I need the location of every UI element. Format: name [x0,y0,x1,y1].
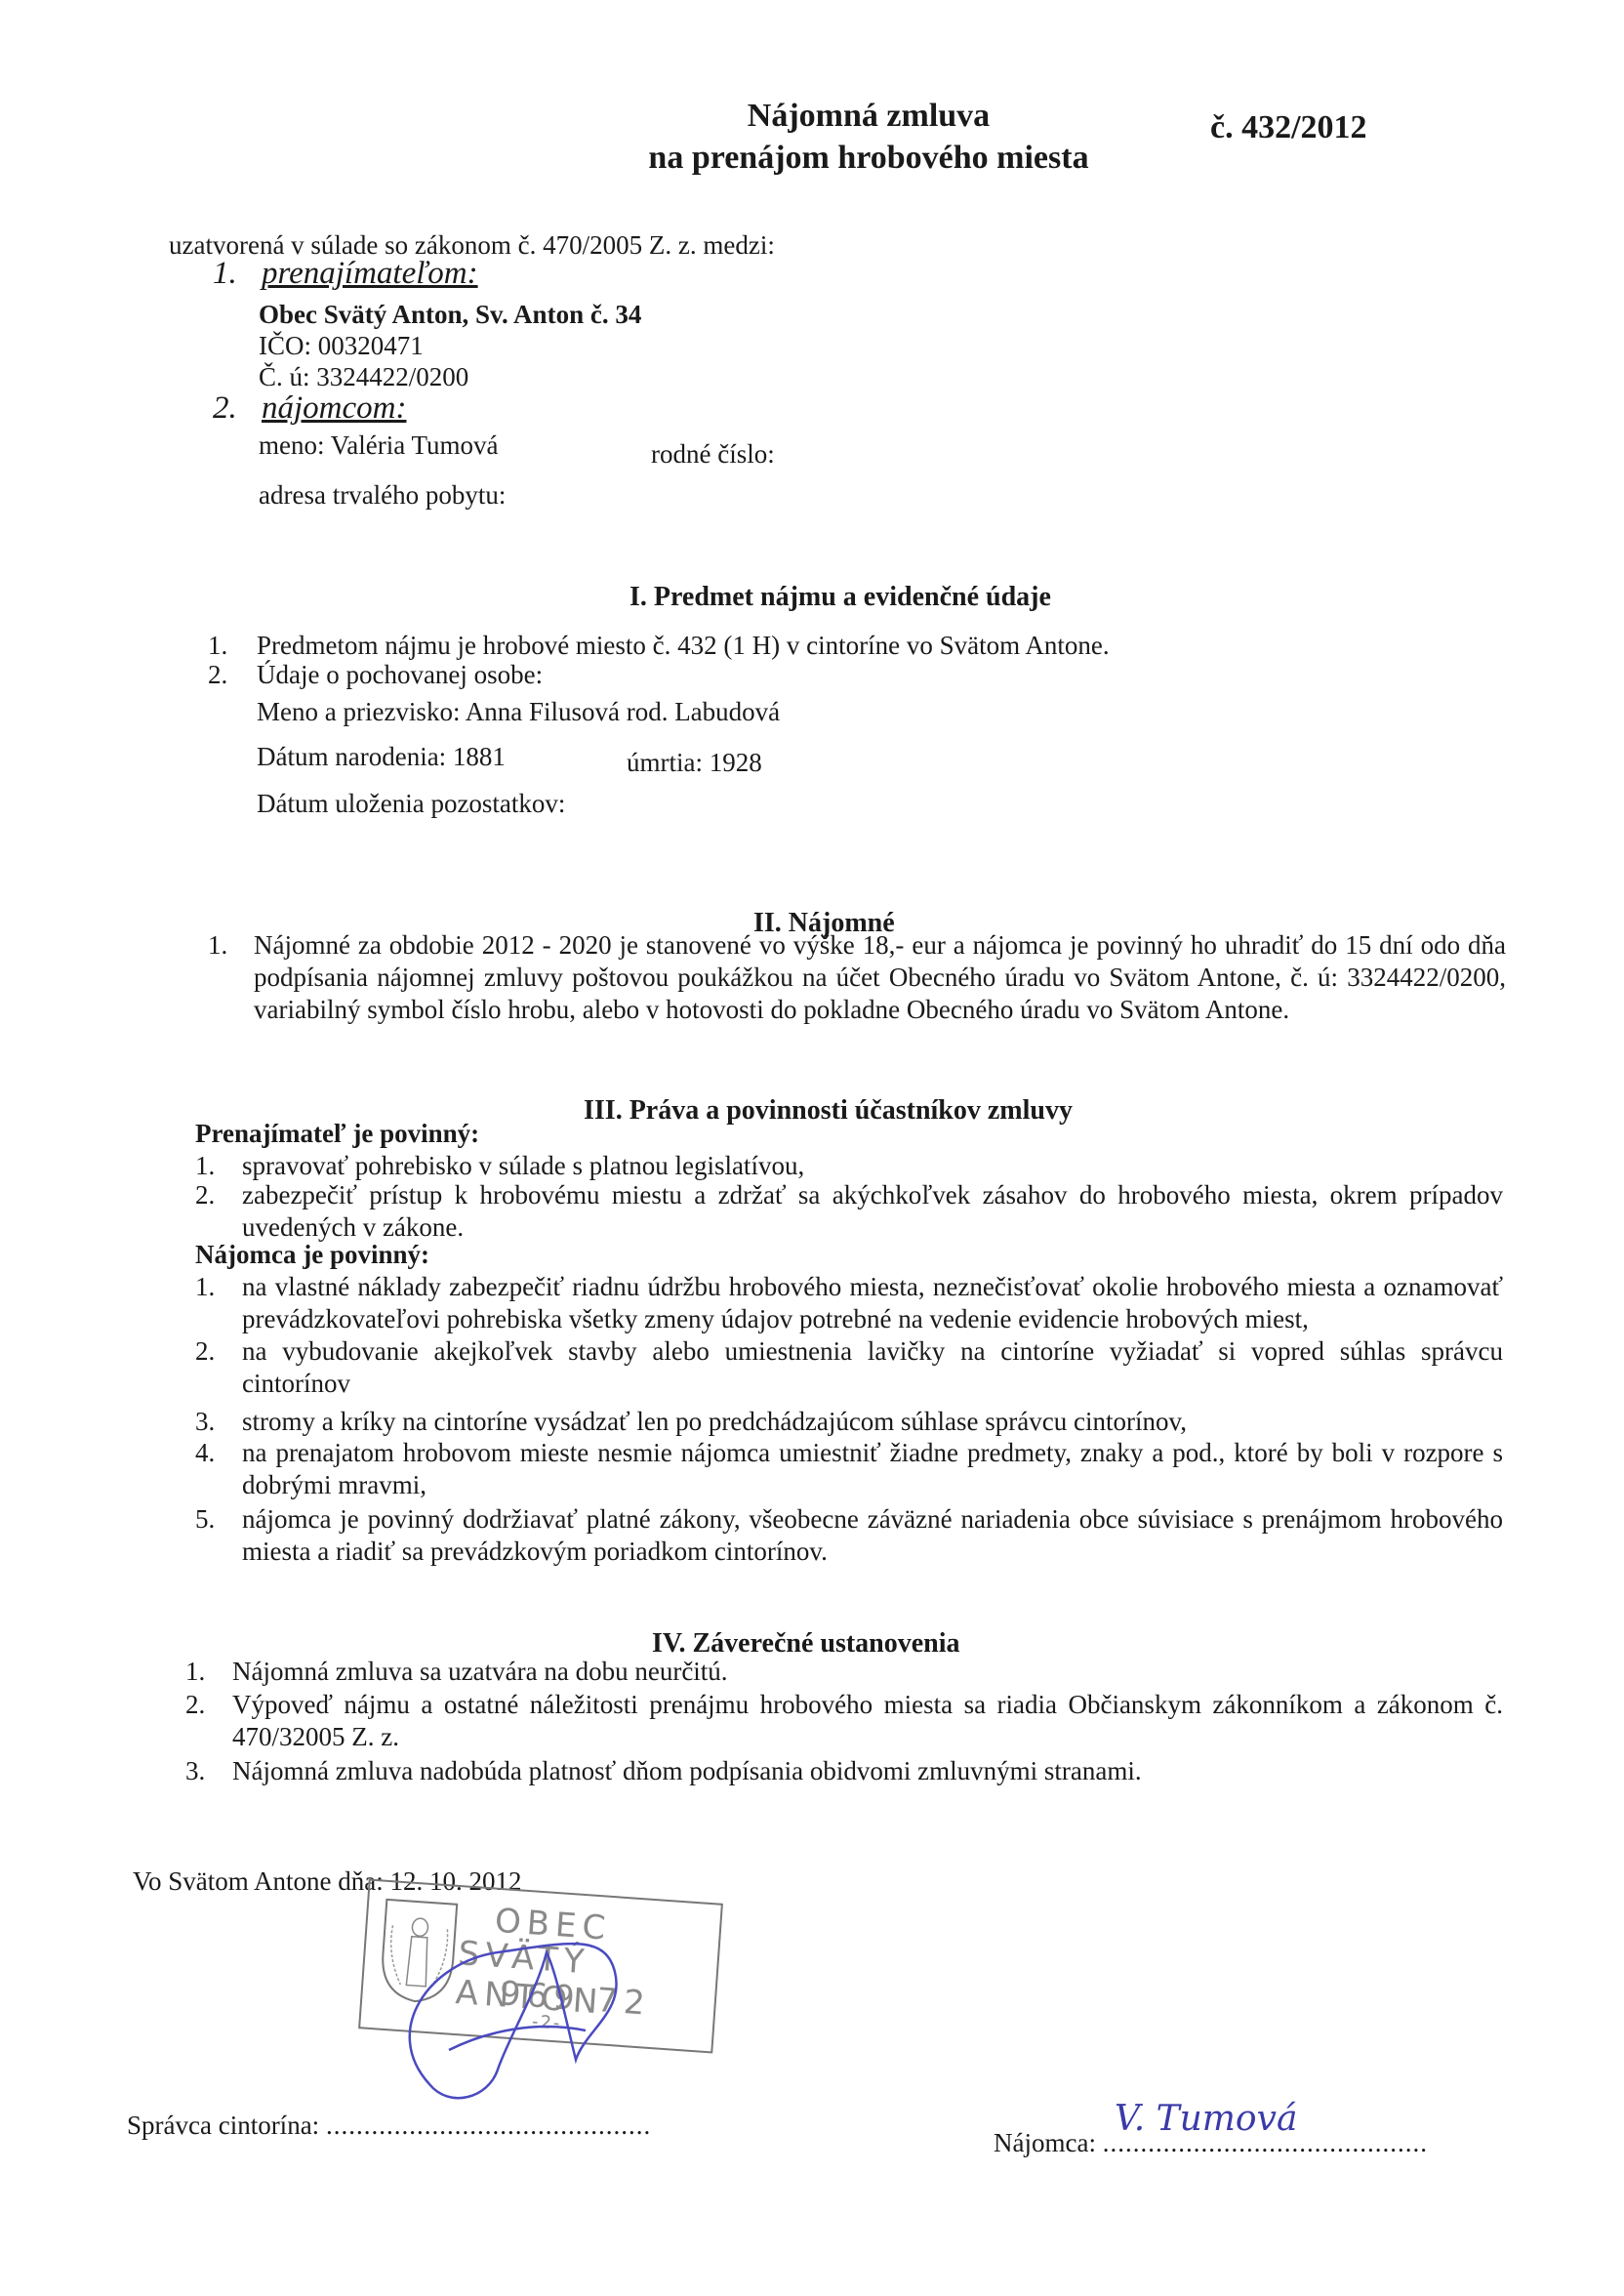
landlord-duty-1: 1. spravovať pohrebisko v súlade s platn… [195,1150,1503,1183]
section-1-item-2-text: Údaje o pochovanej osobe: [257,660,543,690]
item-number: 4. [195,1437,215,1469]
section-3-heading: III. Práva a povinnosti účastníkov zmluv… [584,1095,1073,1127]
landlord-ico: IČO: 00320471 [259,331,424,361]
document-title: Nájomná zmluva na prenájom hrobového mie… [625,96,1113,179]
birth-date: Dátum narodenia: 1881 [257,742,506,772]
item-number: 5. [195,1503,215,1536]
address-label: adresa trvalého pobytu: [259,480,506,511]
item-number: 3. [195,1406,215,1438]
section-1-item-2-number: 2. [208,660,227,690]
final-provision-3: 3. Nájomná zmluva nadobúda platnosť dňom… [185,1755,1503,1788]
section-1-item-1-text: Predmetom nájmu je hrobové miesto č. 432… [257,631,1110,661]
section-1-item-1-number: 1. [208,631,227,661]
tenant-label: Nájomca: [994,2128,1096,2157]
tenant-label: nájomcom: [262,390,406,427]
item-text: na vlastné náklady zabezpečiť riadnu údr… [242,1271,1503,1335]
tenant-duty-1: 1. na vlastné náklady zabezpečiť riadnu … [195,1271,1503,1335]
item-text: Nájomná zmluva sa uzatvára na dobu neurč… [232,1656,1503,1688]
landlord-label: prenajímateľom: [262,256,478,292]
party-2-number: 2. [213,390,237,427]
burial-date-label: Dátum uloženia pozostatkov: [257,789,565,819]
item-number: 1. [185,1656,205,1688]
party-1-number: 1. [213,256,237,292]
item-text: Nájomná zmluva nadobúda platnosť dňom po… [232,1755,1503,1787]
item-number: 2. [185,1689,205,1721]
item-text: nájomca je povinný dodržiavať platné zák… [242,1503,1503,1568]
final-provision-1: 1. Nájomná zmluva sa uzatvára na dobu ne… [185,1656,1503,1689]
item-number: 3. [185,1755,205,1787]
item-text: na prenajatom hrobovom mieste nesmie náj… [242,1437,1503,1501]
landlord-name: Obec Svätý Anton, Sv. Anton č. 34 [259,300,641,330]
final-provision-2: 2. Výpoveď nájmu a ostatné náležitosti p… [185,1689,1503,1753]
item-text: na vybudovanie akejkoľvek stavby alebo u… [242,1335,1503,1400]
item-text: Nájomné za obdobie 2012 - 2020 je stanov… [254,929,1506,1026]
administrator-signature-line: ........................................… [326,2111,651,2140]
item-text: stromy a kríky na cintoríne vysádzať len… [242,1406,1503,1438]
item-number: 2. [195,1335,215,1368]
item-text: spravovať pohrebisko v súlade s platnou … [242,1150,1503,1182]
landlord-duties-heading: Prenajímateľ je povinný: [195,1119,479,1149]
tenant-duties-heading: Nájomca je povinný: [195,1240,429,1270]
tenant-duty-5: 5. nájomca je povinný dodržiavať platné … [195,1503,1503,1568]
landlord-account: Č. ú: 3324422/0200 [259,362,468,392]
title-line-1: Nájomná zmluva [625,96,1113,138]
item-text: zabezpečiť prístup k hrobovému miestu a … [242,1179,1503,1244]
section-1-heading: I. Predmet nájmu a evidenčné údaje [629,582,1051,613]
tenant-name: meno: Valéria Tumová [259,430,499,461]
death-date: úmrtia: 1928 [627,748,762,778]
administrator-label: Správca cintorína: [127,2111,319,2140]
administrator-signature-scribble [390,1913,644,2118]
item-number: 1. [208,929,227,962]
item-number: 2. [195,1179,215,1211]
item-text: Výpoveď nájmu a ostatné náležitosti pren… [232,1689,1503,1753]
landlord-duty-2: 2. zabezpečiť prístup k hrobovému miestu… [195,1179,1503,1244]
item-number: 1. [195,1271,215,1303]
section-2-item: 1. Nájomné za obdobie 2012 - 2020 je sta… [208,929,1506,1066]
title-line-2: na prenájom hrobového miesta [625,138,1113,180]
tenant-duty-3: 3. stromy a kríky na cintoríne vysádzať … [195,1406,1503,1439]
contract-number: č. 432/2012 [1210,107,1367,149]
tenant-handwritten-signature: V. Tumová [1115,2099,1297,2139]
deceased-name: Meno a priezvisko: Anna Filusová rod. La… [257,697,780,727]
administrator-signature-label: Správca cintorína: .....................… [127,2111,651,2141]
tenant-duty-4: 4. na prenajatom hrobovom mieste nesmie … [195,1437,1503,1501]
tenant-duty-2: 2. na vybudovanie akejkoľvek stavby aleb… [195,1335,1503,1400]
item-number: 1. [195,1150,215,1182]
birth-number-label: rodné číslo: [651,439,775,470]
